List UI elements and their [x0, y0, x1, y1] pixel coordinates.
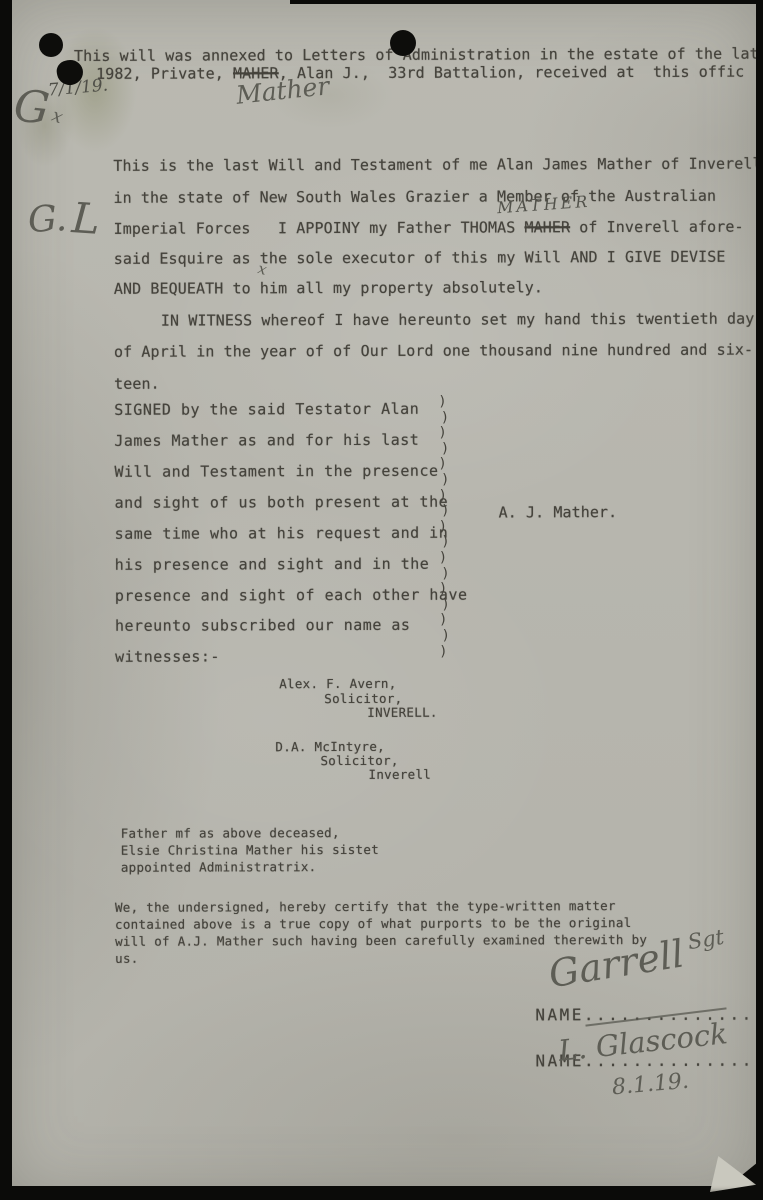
scan-border-bottom [0, 1186, 763, 1200]
punch-hole [390, 30, 416, 56]
handwritten-layer: 7/1/19. Mather G x G. L MATHER x Garrell… [0, 0, 763, 1200]
witness-signature-1-name: Garrell [546, 931, 687, 996]
registrar-initials-g: G. [27, 201, 68, 239]
surname-correction-header: Mather [235, 73, 331, 108]
registrar-initials-l: L [71, 197, 102, 241]
document-page: This will was annexed to Letters of Admi… [0, 0, 763, 1200]
scan-border-top [290, 0, 763, 4]
surname-correction-caps: MATHER [497, 194, 591, 216]
scribble-mark: x [49, 107, 65, 127]
witness-signature-2: L. Glascock [557, 1019, 729, 1066]
registrar-initial-top: G [12, 84, 52, 131]
scan-border-right [756, 0, 763, 1200]
caret-mark: x [256, 261, 268, 278]
scan-border-left [0, 0, 12, 1200]
witness-signature-1: GarrellSgt [546, 929, 722, 994]
punch-hole [39, 33, 63, 57]
witness-signature-1-rank: Sgt [686, 925, 726, 954]
signature-date: 8.1.19. [611, 1071, 690, 1100]
scanned-document: This will was annexed to Letters of Admi… [0, 0, 763, 1200]
